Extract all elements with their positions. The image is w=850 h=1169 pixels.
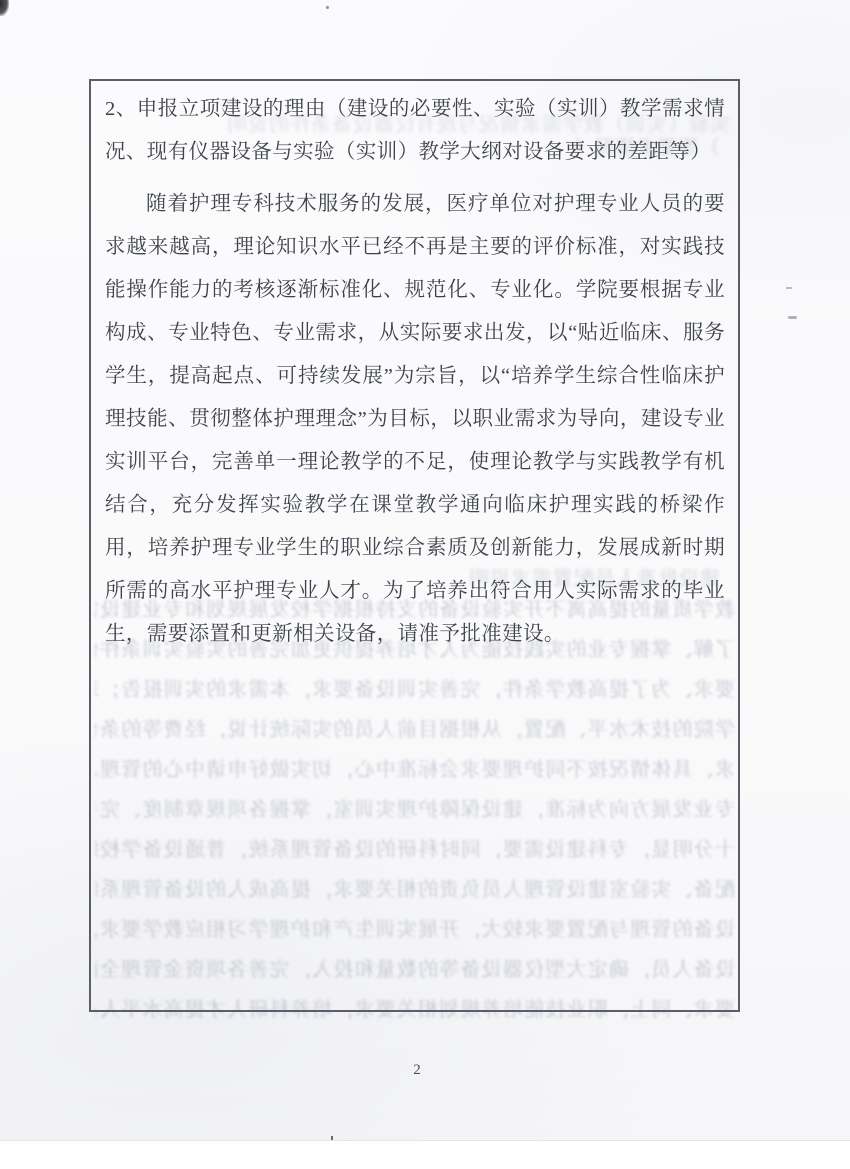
scan-artifact-dot — [326, 6, 329, 9]
scan-artifact-dot — [331, 1136, 333, 1140]
section-heading: 2、申报立项建设的理由（建设的必要性、实验（实训）教学需求情况、现有仪器设备与实… — [105, 88, 725, 174]
scan-artifact-smudge — [786, 287, 792, 289]
scan-artifact-smudge — [788, 316, 797, 319]
page-number: 2 — [0, 1062, 842, 1079]
reason-paragraph: 随着护理专科技术服务的发展，医疗单位对护理专业人员的要求越来越高，理论知识水平已… — [105, 183, 725, 656]
scanned-document-page: 实验（实训）教学需求情况与现有仪器设备条件的说明 ）等要求情况（ 建设批准人员配… — [0, 0, 850, 1169]
scan-artifact-corner — [0, 0, 9, 16]
form-cell-reason-for-application: 2、申报立项建设的理由（建设的必要性、实验（实训）教学需求情况、现有仪器设备与实… — [89, 79, 740, 1012]
